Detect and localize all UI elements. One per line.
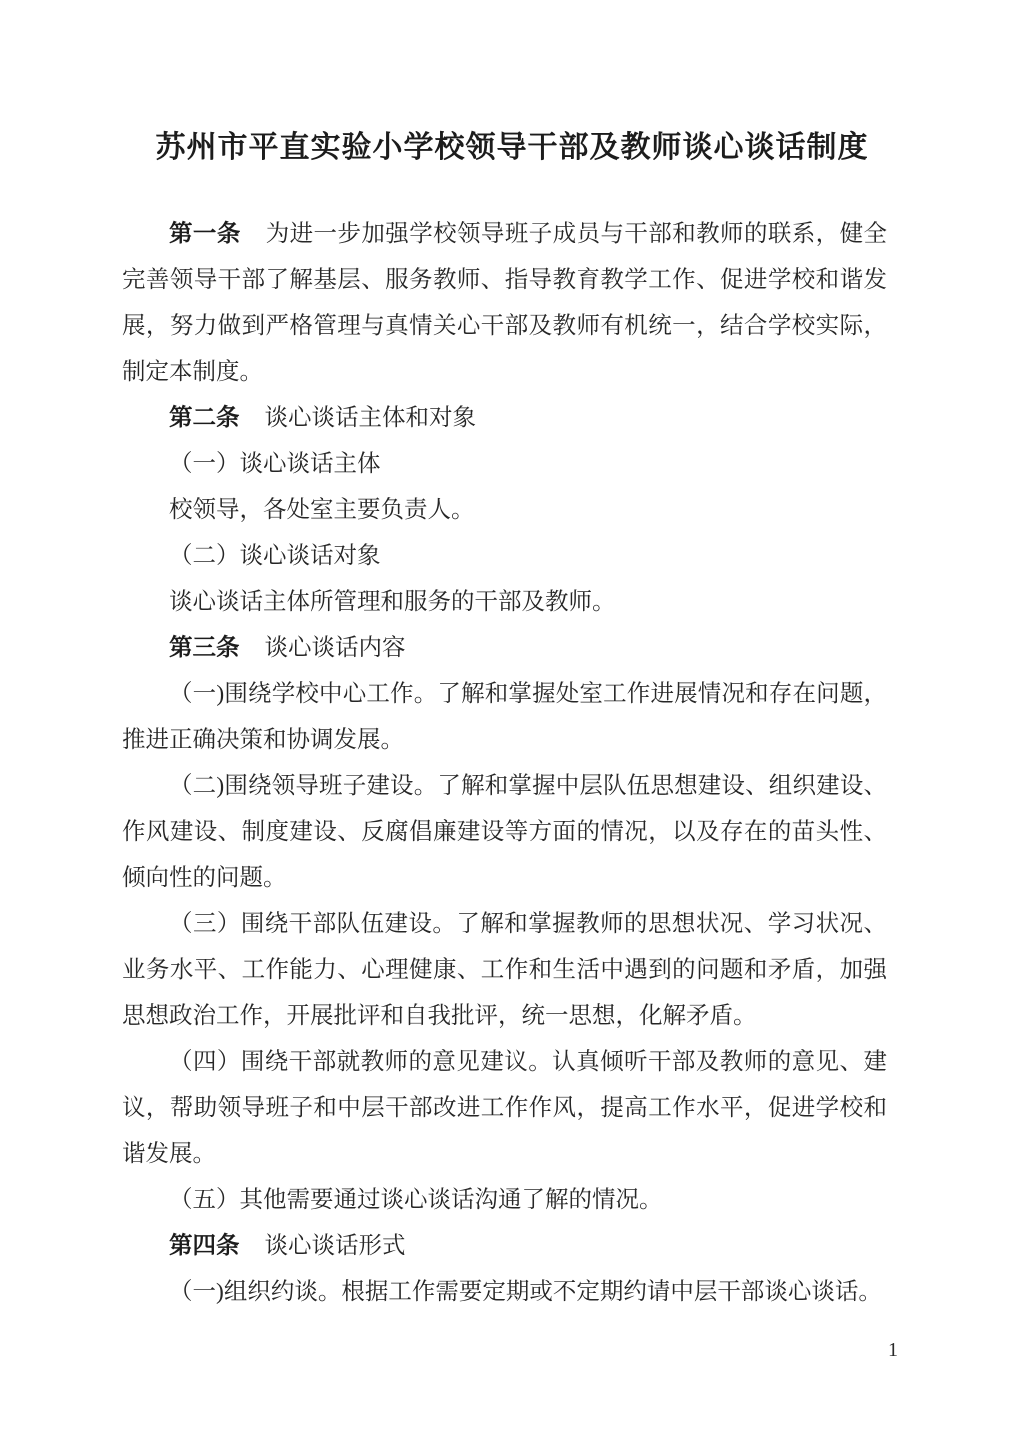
article-paragraph: 第三条谈心谈话内容 (122, 625, 887, 671)
body-paragraph: （二)围绕领导班子建设。了解和掌握中层队伍思想建设、组织建设、作风建设、制度建设… (122, 763, 887, 901)
paragraph-text: （五）其他需要通过谈心谈话沟通了解的情况。 (169, 1187, 663, 1213)
document-page: 苏州市平直实验小学校领导干部及教师谈心谈话制度 第一条为进一步加强学校领导班子成… (0, 0, 1024, 1448)
paragraph-text: 谈心谈话主体和对象 (265, 405, 477, 431)
paragraph-text: 谈心谈话内容 (265, 635, 406, 661)
article-label: 第四条 (169, 1233, 240, 1259)
article-label: 第一条 (169, 221, 241, 247)
article-paragraph: 第二条谈心谈话主体和对象 (122, 395, 887, 441)
document-body: 第一条为进一步加强学校领导班子成员与干部和教师的联系，健全完善领导干部了解基层、… (0, 211, 1024, 1315)
body-paragraph: （一)组织约谈。根据工作需要定期或不定期约请中层干部谈心谈话。 (122, 1269, 887, 1315)
paragraph-text: （二）谈心谈话对象 (169, 543, 381, 569)
paragraph-text: （一)组织约谈。根据工作需要定期或不定期约请中层干部谈心谈话。 (169, 1279, 882, 1305)
body-paragraph: （四）围绕干部就教师的意见建议。认真倾听干部及教师的意见、建议，帮助领导班子和中… (122, 1039, 887, 1177)
body-paragraph: （三）围绕干部队伍建设。了解和掌握教师的思想状况、学习状况、业务水平、工作能力、… (122, 901, 887, 1039)
paragraph-text: （一）谈心谈话主体 (169, 451, 381, 477)
paragraph-text: 谈心谈话形式 (265, 1233, 406, 1259)
paragraph-text: （二)围绕领导班子建设。了解和掌握中层队伍思想建设、组织建设、作风建设、制度建设… (122, 773, 887, 891)
article-paragraph: 第四条谈心谈话形式 (122, 1223, 887, 1269)
paragraph-text: （一)围绕学校中心工作。了解和掌握处室工作进展情况和存在问题，推进正确决策和协调… (122, 681, 887, 753)
body-paragraph: （一)围绕学校中心工作。了解和掌握处室工作进展情况和存在问题，推进正确决策和协调… (122, 671, 887, 763)
page-number: 1 (888, 1337, 898, 1363)
paragraph-text: （四）围绕干部就教师的意见建议。认真倾听干部及教师的意见、建议，帮助领导班子和中… (122, 1049, 887, 1167)
body-paragraph: （二）谈心谈话对象 (122, 533, 887, 579)
document-title: 苏州市平直实验小学校领导干部及教师谈心谈话制度 (0, 0, 1024, 172)
paragraph-text: 谈心谈话主体所管理和服务的干部及教师。 (169, 589, 616, 615)
article-paragraph: 第一条为进一步加强学校领导班子成员与干部和教师的联系，健全完善领导干部了解基层、… (122, 211, 887, 395)
article-label: 第二条 (169, 405, 240, 431)
body-paragraph: （五）其他需要通过谈心谈话沟通了解的情况。 (122, 1177, 887, 1223)
body-paragraph: 校领导，各处室主要负责人。 (122, 487, 887, 533)
paragraph-text: （三）围绕干部队伍建设。了解和掌握教师的思想状况、学习状况、业务水平、工作能力、… (122, 911, 887, 1029)
body-paragraph: 谈心谈话主体所管理和服务的干部及教师。 (122, 579, 887, 625)
article-label: 第三条 (169, 635, 240, 661)
body-paragraph: （一）谈心谈话主体 (122, 441, 887, 487)
paragraph-text: 校领导，各处室主要负责人。 (169, 497, 475, 523)
